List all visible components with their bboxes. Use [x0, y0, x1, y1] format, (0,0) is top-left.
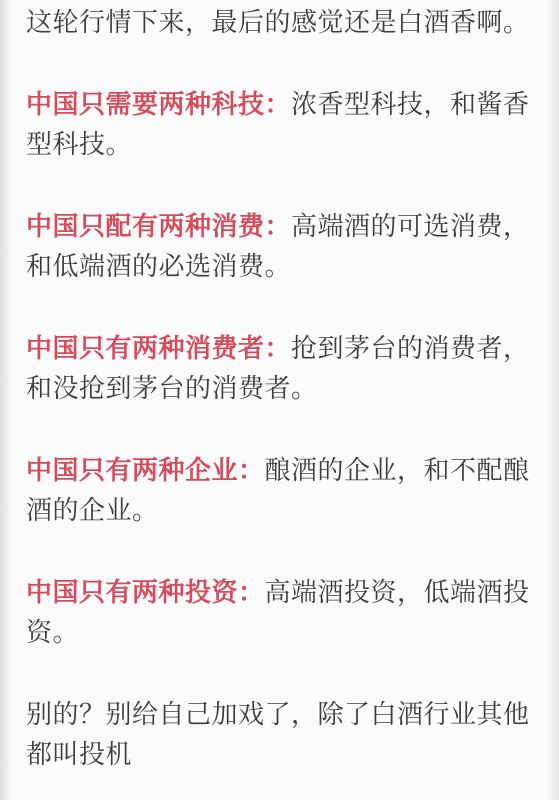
paragraph: 这轮行情下来，最后的感觉还是白酒香啊。 — [26, 2, 533, 42]
paragraph: 中国只有两种消费者：抢到茅台的消费者，和没抢到茅台的消费者。 — [26, 328, 533, 408]
paragraph: 中国只有两种企业：酿酒的企业，和不配酿酒的企业。 — [26, 450, 533, 530]
paragraph-lead: 中国只有两种消费者： — [26, 333, 291, 363]
paragraph: 中国只配有两种消费：高端酒的可选消费，和低端酒的必选消费。 — [26, 206, 533, 286]
paragraph-text: 这轮行情下来，最后的感觉还是白酒香啊。 — [26, 7, 530, 37]
paragraph: 别的？别给自己加戏了，除了白酒行业其他都叫投机 — [26, 694, 533, 774]
article-page: 这轮行情下来，最后的感觉还是白酒香啊。 中国只需要两种科技：浓香型科技，和酱香型… — [0, 0, 559, 774]
paragraph-lead: 中国只需要两种科技： — [26, 89, 291, 119]
paragraph-lead: 中国只配有两种消费： — [26, 211, 291, 241]
paragraph: 中国只需要两种科技：浓香型科技，和酱香型科技。 — [26, 84, 533, 164]
paragraph-lead: 中国只有两种投资： — [26, 577, 265, 607]
paragraph: 中国只有两种投资：高端酒投资，低端酒投资。 — [26, 572, 533, 652]
paragraph-lead: 中国只有两种企业： — [26, 455, 265, 485]
paragraph-text: 别的？别给自己加戏了，除了白酒行业其他都叫投机 — [26, 699, 530, 769]
